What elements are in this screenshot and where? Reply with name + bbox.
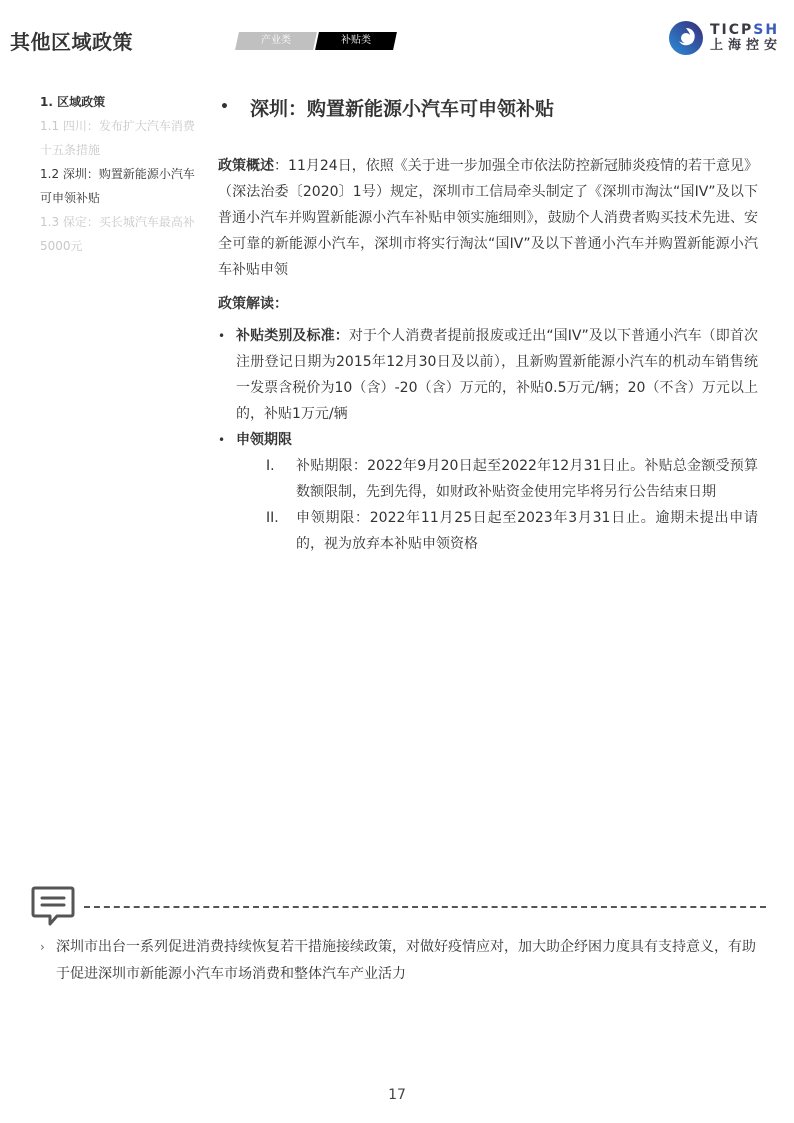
logo-text-cn: 上海控安: [710, 38, 782, 54]
policy-overview-label: 政策概述: [218, 158, 274, 174]
bullet-subsidy-standard: 补贴类别及标准：对于个人消费者提前报废或迁出“国IV”及以下普通小汽车（即首次注…: [218, 323, 758, 427]
policy-overview-text: ：11月24日，依照《关于进一步加强全市依法防控新冠肺炎疫情的若干意见》（深法治…: [218, 158, 758, 278]
logo-swirl-icon: [668, 20, 704, 56]
summary-note-text: 深圳市出台一系列促进消费持续恢复若干措施接续政策，对做好疫情应对，加大助企纾困力…: [56, 934, 760, 988]
logo-text-en-dark: TICP: [710, 22, 753, 38]
page-title: 其他区域政策: [10, 26, 133, 55]
table-of-contents: 1. 区域政策 1.1 四川：发布扩大汽车消费十五条措施 1.2 深圳：购置新能…: [40, 90, 200, 258]
bullet-icon: •: [220, 99, 250, 115]
period-item-number: I.: [218, 453, 296, 505]
bullet-subsidy-standard-label: 补贴类别及标准：: [236, 328, 349, 344]
section-title: • 深圳：购置新能源小汽车可申领补贴: [218, 92, 758, 122]
section-title-text: 深圳：购置新能源小汽车可申领补贴: [250, 94, 554, 121]
logo-text-en-blue: SH: [753, 22, 779, 38]
page: 其他区域政策 产业类 补贴类 TICPSH 上海控安 1. 区域政策: [0, 0, 794, 1123]
tab-subsidy-label: 补贴类: [341, 35, 371, 46]
period-item-text: 补贴期限：2022年9月20日起至2022年12月31日止。补贴总金额受预算数额…: [296, 453, 758, 505]
tab-industry-label: 产业类: [261, 35, 291, 46]
toc-item-sichuan[interactable]: 1.1 四川：发布扩大汽车消费十五条措施: [40, 114, 200, 162]
category-tabs: 产业类 补贴类: [237, 32, 397, 50]
policy-interpretation-heading: 政策解读：: [218, 291, 758, 317]
period-item: I. 补贴期限：2022年9月20日起至2022年12月31日止。补贴总金额受预…: [218, 453, 758, 505]
period-item-number: II.: [218, 505, 296, 557]
toc-item-baoding[interactable]: 1.3 保定：买长城汽车最高补5000元: [40, 210, 200, 258]
main-content: • 深圳：购置新能源小汽车可申领补贴 政策概述：11月24日，依照《关于进一步加…: [218, 92, 758, 557]
comment-icon: [30, 884, 76, 930]
tab-subsidy[interactable]: 补贴类: [317, 32, 395, 50]
bullet-application-period-label: 申领期限: [236, 432, 292, 448]
summary-note: › 深圳市出台一系列促进消费持续恢复若干措施接续政策，对做好疫情应对，加大助企纾…: [40, 934, 760, 988]
divider: [84, 906, 766, 908]
policy-overview: 政策概述：11月24日，依照《关于进一步加强全市依法防控新冠肺炎疫情的若干意见》…: [218, 153, 758, 283]
toc-item-regional-policy[interactable]: 1. 区域政策: [40, 90, 200, 114]
period-item: II. 申领期限：2022年11月25日起至2023年3月31日止。逾期未提出申…: [218, 505, 758, 557]
page-number: 17: [0, 1087, 794, 1103]
interpretation-list: 补贴类别及标准：对于个人消费者提前报废或迁出“国IV”及以下普通小汽车（即首次注…: [218, 323, 758, 557]
logo: TICPSH 上海控安: [668, 20, 782, 56]
toc-item-shenzhen[interactable]: 1.2 深圳：购置新能源小汽车可申领补贴: [40, 162, 200, 210]
chevron-right-icon: ›: [40, 934, 56, 988]
bullet-application-period: 申领期限: [218, 427, 758, 453]
tab-industry[interactable]: 产业类: [237, 32, 315, 50]
period-item-text: 申领期限：2022年11月25日起至2023年3月31日止。逾期未提出申请的，视…: [296, 505, 758, 557]
period-list: I. 补贴期限：2022年9月20日起至2022年12月31日止。补贴总金额受预…: [218, 453, 758, 557]
